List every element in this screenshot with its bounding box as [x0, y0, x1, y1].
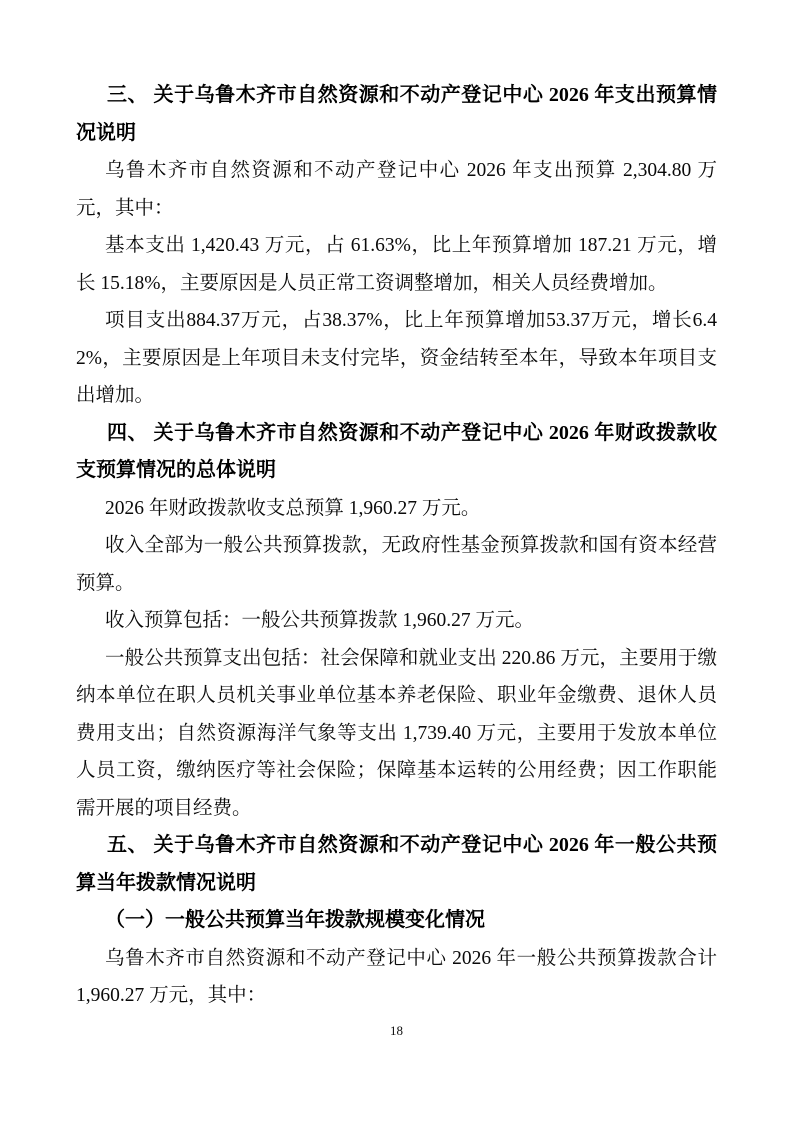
subheading-allocation-scale-change: （一）一般公共预算当年拨款规模变化情况 [76, 902, 717, 940]
heading-section-three-expenditure-budget: 三、 关于乌鲁木齐市自然资源和不动产登记中心 2026 年支出预算情况说明 [76, 77, 717, 152]
paragraph-income-budget-detail: 收入预算包括：一般公共预算拨款 1,960.27 万元。 [76, 602, 717, 640]
heading-section-five-current-allocation: 五、 关于乌鲁木齐市自然资源和不动产登记中心 2026 年一般公共预算当年拨款情… [76, 827, 717, 902]
paragraph-fiscal-total-budget: 2026 年财政拨款收支总预算 1,960.27 万元。 [76, 490, 717, 528]
paragraph-project-expenditure: 项目支出884.37万元，占38.37%，比上年预算增加53.37万元，增长6.… [76, 302, 717, 415]
document-text-block: 三、 关于乌鲁木齐市自然资源和不动产登记中心 2026 年支出预算情况说明 乌鲁… [76, 77, 717, 1015]
paragraph-allocation-total: 乌鲁木齐市自然资源和不动产登记中心 2026 年一般公共预算拨款合计 1,960… [76, 940, 717, 1015]
paragraph-basic-expenditure: 基本支出 1,420.43 万元，占 61.63%，比上年预算增加 187.21… [76, 227, 717, 302]
heading-section-four-fiscal-allocation: 四、 关于乌鲁木齐市自然资源和不动产登记中心 2026 年财政拨款收支预算情况的… [76, 415, 717, 490]
document-page: 三、 关于乌鲁木齐市自然资源和不动产登记中心 2026 年支出预算情况说明 乌鲁… [0, 0, 793, 1122]
paragraph-total-expenditure-budget: 乌鲁木齐市自然资源和不动产登记中心 2026 年支出预算 2,304.80 万元… [76, 152, 717, 227]
paragraph-general-budget-expenditure-detail: 一般公共预算支出包括：社会保障和就业支出 220.86 万元，主要用于缴纳本单位… [76, 640, 717, 828]
paragraph-income-source: 收入全部为一般公共预算拨款，无政府性基金预算拨款和国有资本经营预算。 [76, 527, 717, 602]
page-number: 18 [0, 1022, 793, 1040]
